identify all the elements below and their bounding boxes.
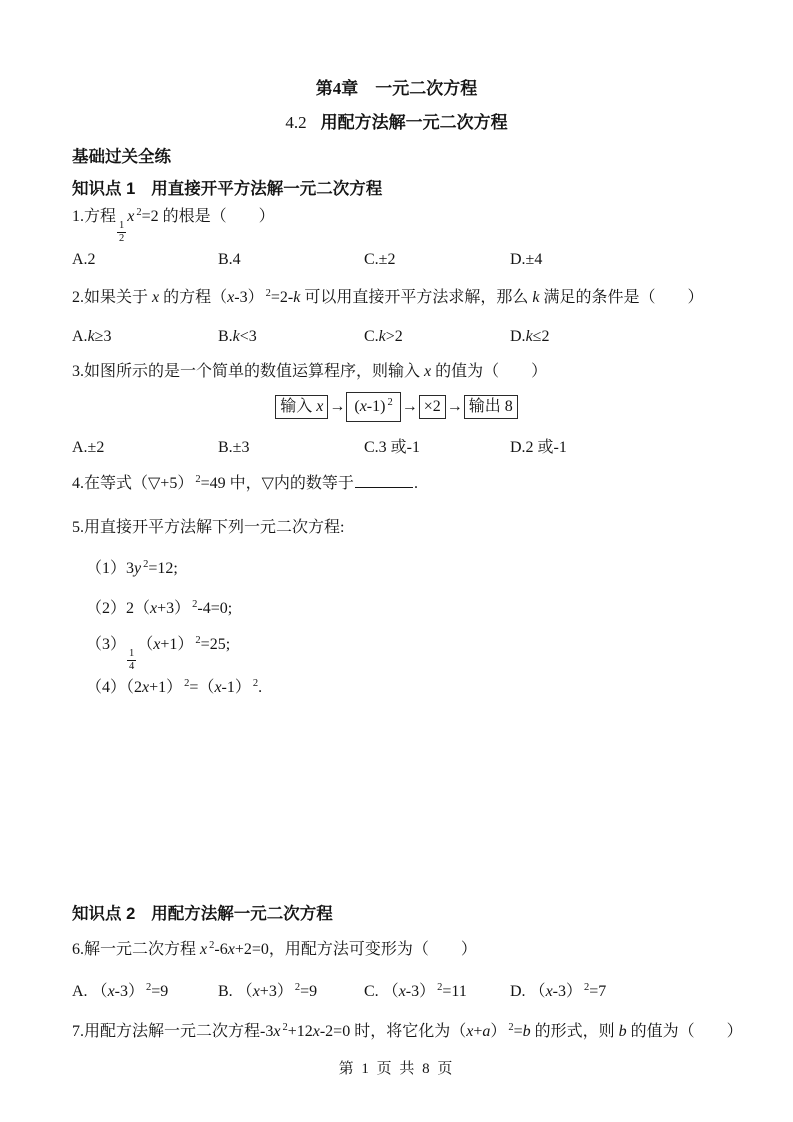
option-a: A.2 [72,249,218,271]
option-c: C.±2 [364,249,510,271]
question-1-options: A.2B.4C.±2D.±4 [72,249,772,271]
worksheet-page: 第4章 一元二次方程 4.2用配方法解一元二次方程 基础过关全练 知识点 1用直… [0,0,793,1122]
flow-box-square: (x-1)2 [346,392,400,422]
flow-box-multiply: ×2 [419,395,446,419]
kp1-title: 用直接开平方法解一元二次方程 [151,180,382,198]
question-6: 6.解一元二次方程 x2-6x+2=0，用配方法可变形为（ ） [72,939,762,961]
page-footer: 第 1 页 共 8 页 [0,1057,793,1078]
chapter-title: 第4章 一元二次方程 [0,78,793,100]
question-7: 7.用配方法解一元二次方程-3x2+12x-2=0 时，将它化为（x+a）2=b… [72,1021,762,1043]
section-name: 用配方法解一元二次方程 [321,113,508,132]
kp2-label: 知识点 2 [72,905,135,923]
question-3: 3.如图所示的是一个简单的数值运算程序，则输入 x 的值为（ ） [72,361,762,383]
flow-diagram: 输入 x→(x-1)2→×2→输出 8 [0,392,793,422]
practice-heading: 基础过关全练 [72,146,762,168]
option-d: D.±4 [510,249,542,271]
option-c: C.3 或-1 [364,437,510,459]
option-b: B.4 [218,249,364,271]
question-5: 5.用直接开平方法解下列一元二次方程: [72,517,762,539]
kp1-label: 知识点 1 [72,180,135,198]
arrow-right-icon: → [447,397,463,417]
option-a: A.±2 [72,437,218,459]
option-d: D.k≤2 [510,326,549,348]
knowledge-point-2-heading: 知识点 2用配方法解一元二次方程 [72,903,762,925]
section-number: 4.2 [285,113,306,132]
flow-box-output: 输出 8 [464,395,518,419]
sub-question-2: （2）2（x+3）2-4=0; [86,598,776,620]
sub-question-1: （1）3y2=12; [86,558,776,580]
option-b: B.k<3 [218,326,364,348]
option-d: D.2 或-1 [510,437,567,459]
option-a: A. （x-3）2=9 [72,981,218,1003]
option-c: C.k>2 [364,326,510,348]
section-title: 4.2用配方法解一元二次方程 [0,112,793,134]
kp2-title: 用配方法解一元二次方程 [151,905,333,923]
sub-question-4: （4）（2x+1）2=（x-1）2. [86,677,776,699]
question-2-options: A.k≥3B.k<3C.k>2D.k≤2 [72,326,772,348]
question-1: 1.方程12x2=2 的根是（ ） [72,206,762,245]
question-2: 2.如果关于 x 的方程（x-3）2=2-k 可以用直接开平方法求解，那么 k … [72,287,762,309]
option-c: C. （x-3）2=11 [364,981,510,1003]
option-a: A.k≥3 [72,326,218,348]
knowledge-point-1-heading: 知识点 1用直接开平方法解一元二次方程 [72,178,762,200]
answer-blank [355,472,413,488]
option-d: D. （x-3）2=7 [510,981,606,1003]
arrow-right-icon: → [329,397,345,417]
option-b: B. （x+3）2=9 [218,981,364,1003]
option-b: B.±3 [218,437,364,459]
question-4: 4.在等式（▽+5）2=49 中，▽内的数等于. [72,472,762,495]
question-3-options: A.±2B.±3C.3 或-1D.2 或-1 [72,437,772,459]
flow-box-input: 输入 x [275,395,328,419]
sub-question-3: （3）14（x+1）2=25; [86,634,776,673]
arrow-right-icon: → [402,397,418,417]
question-6-options: A. （x-3）2=9B. （x+3）2=9C. （x-3）2=11D. （x-… [72,981,772,1003]
